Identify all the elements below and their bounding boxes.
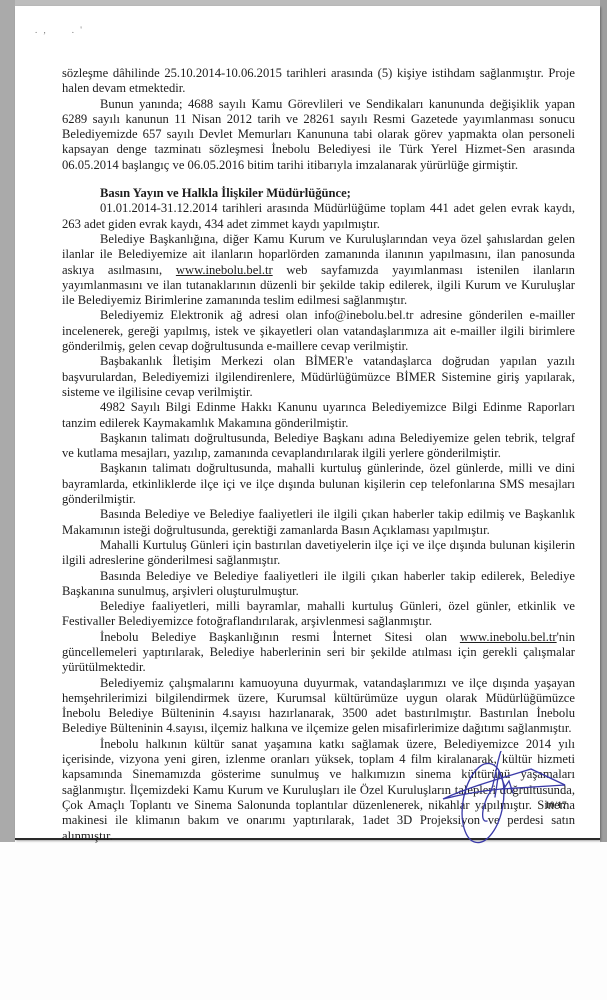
website-link[interactable]: www.inebolu.bel.tr [460, 630, 557, 644]
paragraph: 01.01.2014-31.12.2014 tarihleri arasında… [62, 201, 575, 232]
paragraph: Mahalli Kurtuluş Günleri için bastırılan… [62, 538, 575, 569]
page-number: 10/17 [545, 801, 567, 811]
header-marks: . ,. ' [35, 25, 84, 35]
document-page: . ,. ' sözleşme dâhilinde 25.10.2014-10.… [15, 6, 600, 840]
paragraph: Belediye faaliyetleri, milli bayramlar, … [62, 599, 575, 630]
paragraph: Basında Belediye ve Belediye faaliyetler… [62, 507, 575, 538]
paragraph: Başkanın talimatı doğrultusunda, mahalli… [62, 461, 575, 507]
paragraph-text: İnebolu Belediye Başkanlığının resmi İnt… [100, 630, 460, 644]
paragraph: Basında Belediye ve Belediye faaliyetler… [62, 569, 575, 600]
header-mark: . , [35, 25, 48, 35]
paragraph: Başbakanlık İletişim Merkezi olan BİMER'… [62, 354, 575, 400]
scan-border-left [0, 0, 15, 842]
section-heading: Basın Yayın ve Halkla İlişkiler Müdürlüğ… [62, 186, 575, 201]
paragraph: İnebolu Belediye Başkanlığının resmi İnt… [62, 630, 575, 676]
website-link[interactable]: www.inebolu.bel.tr [176, 263, 273, 277]
paragraph: Belediyemiz Elektronik ağ adresi olan in… [62, 308, 575, 354]
header-mark: . ' [72, 25, 84, 35]
paragraph: Belediyemiz çalışmalarını kamuoyuna duyu… [62, 676, 575, 737]
paragraph: 4982 Sayılı Bilgi Edinme Hakkı Kanunu uy… [62, 400, 575, 431]
paragraph: Başkanın talimatı doğrultusunda, Belediy… [62, 431, 575, 462]
paragraph: Bunun yanında; 4688 sayılı Kamu Görevlil… [62, 97, 575, 173]
document-body: sözleşme dâhilinde 25.10.2014-10.06.2015… [62, 66, 575, 844]
paragraph: sözleşme dâhilinde 25.10.2014-10.06.2015… [62, 66, 575, 97]
paragraph: Belediye Başkanlığına, diğer Kamu Kurum … [62, 232, 575, 308]
scan-border-right [600, 0, 607, 842]
